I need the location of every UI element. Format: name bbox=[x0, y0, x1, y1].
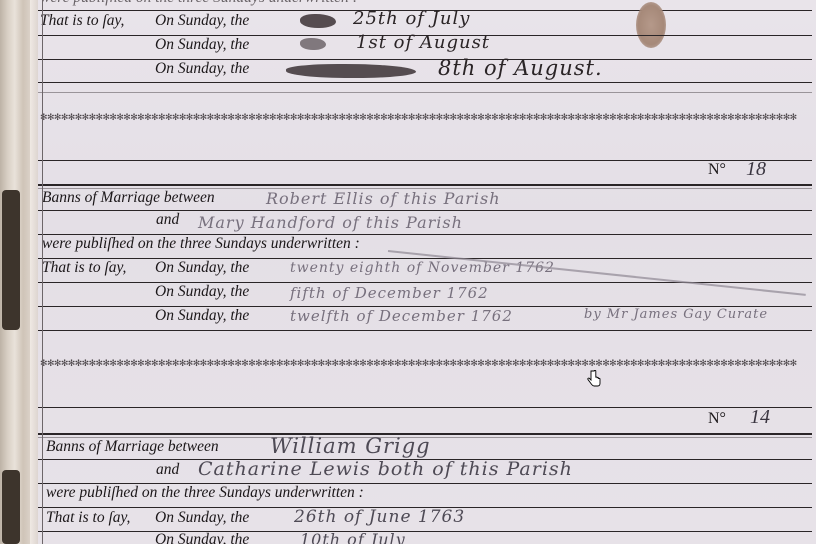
ruled-line bbox=[38, 160, 812, 161]
on-sunday-label: On Sunday, the bbox=[155, 36, 249, 54]
ruled-line bbox=[38, 184, 812, 186]
entry-number: 14 bbox=[750, 406, 770, 429]
sunday-1-date: 25th of July bbox=[353, 8, 470, 29]
binding-damage bbox=[2, 190, 20, 330]
on-sunday-label: On Sunday, the bbox=[155, 60, 249, 78]
sunday-1-date: 26th of June 1763 bbox=[294, 507, 465, 527]
ruled-line bbox=[38, 407, 812, 408]
banns-between-label: Banns of Marriage between bbox=[42, 189, 215, 207]
hand-pointer-icon bbox=[587, 370, 601, 388]
published-line-partial: were publiſhed on the three Sundays unde… bbox=[40, 0, 358, 7]
ink-blot bbox=[300, 14, 336, 28]
on-sunday-label: On Sunday, the bbox=[155, 283, 249, 301]
officiant-note: by Mr James Gay Curate bbox=[584, 307, 768, 322]
ruled-line bbox=[38, 330, 812, 331]
published-line: were publiſhed on the three Sundays unde… bbox=[46, 484, 364, 502]
on-sunday-label: On Sunday, the bbox=[155, 307, 249, 325]
star-divider: ✻✻✻✻✻✻✻✻✻✻✻✻✻✻✻✻✻✻✻✻✻✻✻✻✻✻✻✻✻✻✻✻✻✻✻✻✻✻✻✻… bbox=[40, 359, 812, 367]
on-sunday-label: On Sunday, the bbox=[155, 531, 249, 544]
ink-blot bbox=[300, 38, 326, 50]
sunday-2-date: 10th of July bbox=[300, 530, 406, 544]
published-line: were publiſhed on the three Sundays unde… bbox=[42, 235, 360, 253]
banns-between-label: Banns of Marriage between bbox=[46, 438, 219, 456]
sunday-2-date: 1st of August bbox=[356, 32, 490, 53]
star-divider: ✻✻✻✻✻✻✻✻✻✻✻✻✻✻✻✻✻✻✻✻✻✻✻✻✻✻✻✻✻✻✻✻✻✻✻✻✻✻✻✻… bbox=[40, 113, 812, 121]
margin-line bbox=[42, 0, 43, 544]
sunday-2-date: fifth of December 1762 bbox=[290, 284, 489, 302]
entry-number-label: N° bbox=[708, 161, 726, 179]
on-sunday-label: On Sunday, the bbox=[155, 509, 249, 527]
groom-name: Robert Ellis of this Parish bbox=[266, 189, 501, 208]
paper-stain bbox=[636, 2, 666, 48]
sunday-3-date: 8th of August. bbox=[438, 56, 603, 80]
entry-number-label: N° bbox=[708, 410, 726, 428]
ruled-line bbox=[38, 82, 812, 83]
and-label: and bbox=[156, 461, 179, 479]
binding-damage bbox=[2, 470, 20, 544]
that-is-to-say-label: That is to ſay, bbox=[42, 259, 126, 277]
sunday-3-date: twelfth of December 1762 bbox=[290, 307, 513, 325]
bride-name: Mary Handford of this Parish bbox=[198, 213, 463, 232]
groom-name: William Grigg bbox=[270, 434, 431, 458]
entry-number: 18 bbox=[746, 158, 766, 181]
on-sunday-label: On Sunday, the bbox=[155, 259, 249, 277]
on-sunday-label: On Sunday, the bbox=[155, 12, 249, 30]
and-label: and bbox=[156, 211, 179, 229]
that-is-to-say-label: That is to ſay, bbox=[46, 509, 130, 527]
register-page: were publiſhed on the three Sundays unde… bbox=[38, 0, 816, 544]
ruled-line bbox=[38, 210, 812, 211]
book-spine-edge bbox=[0, 0, 42, 544]
ink-blot bbox=[286, 64, 416, 78]
that-is-to-say-label: That is to ſay, bbox=[40, 12, 124, 30]
bride-name: Catharine Lewis both of this Parish bbox=[198, 458, 573, 480]
ruled-line bbox=[38, 92, 812, 93]
